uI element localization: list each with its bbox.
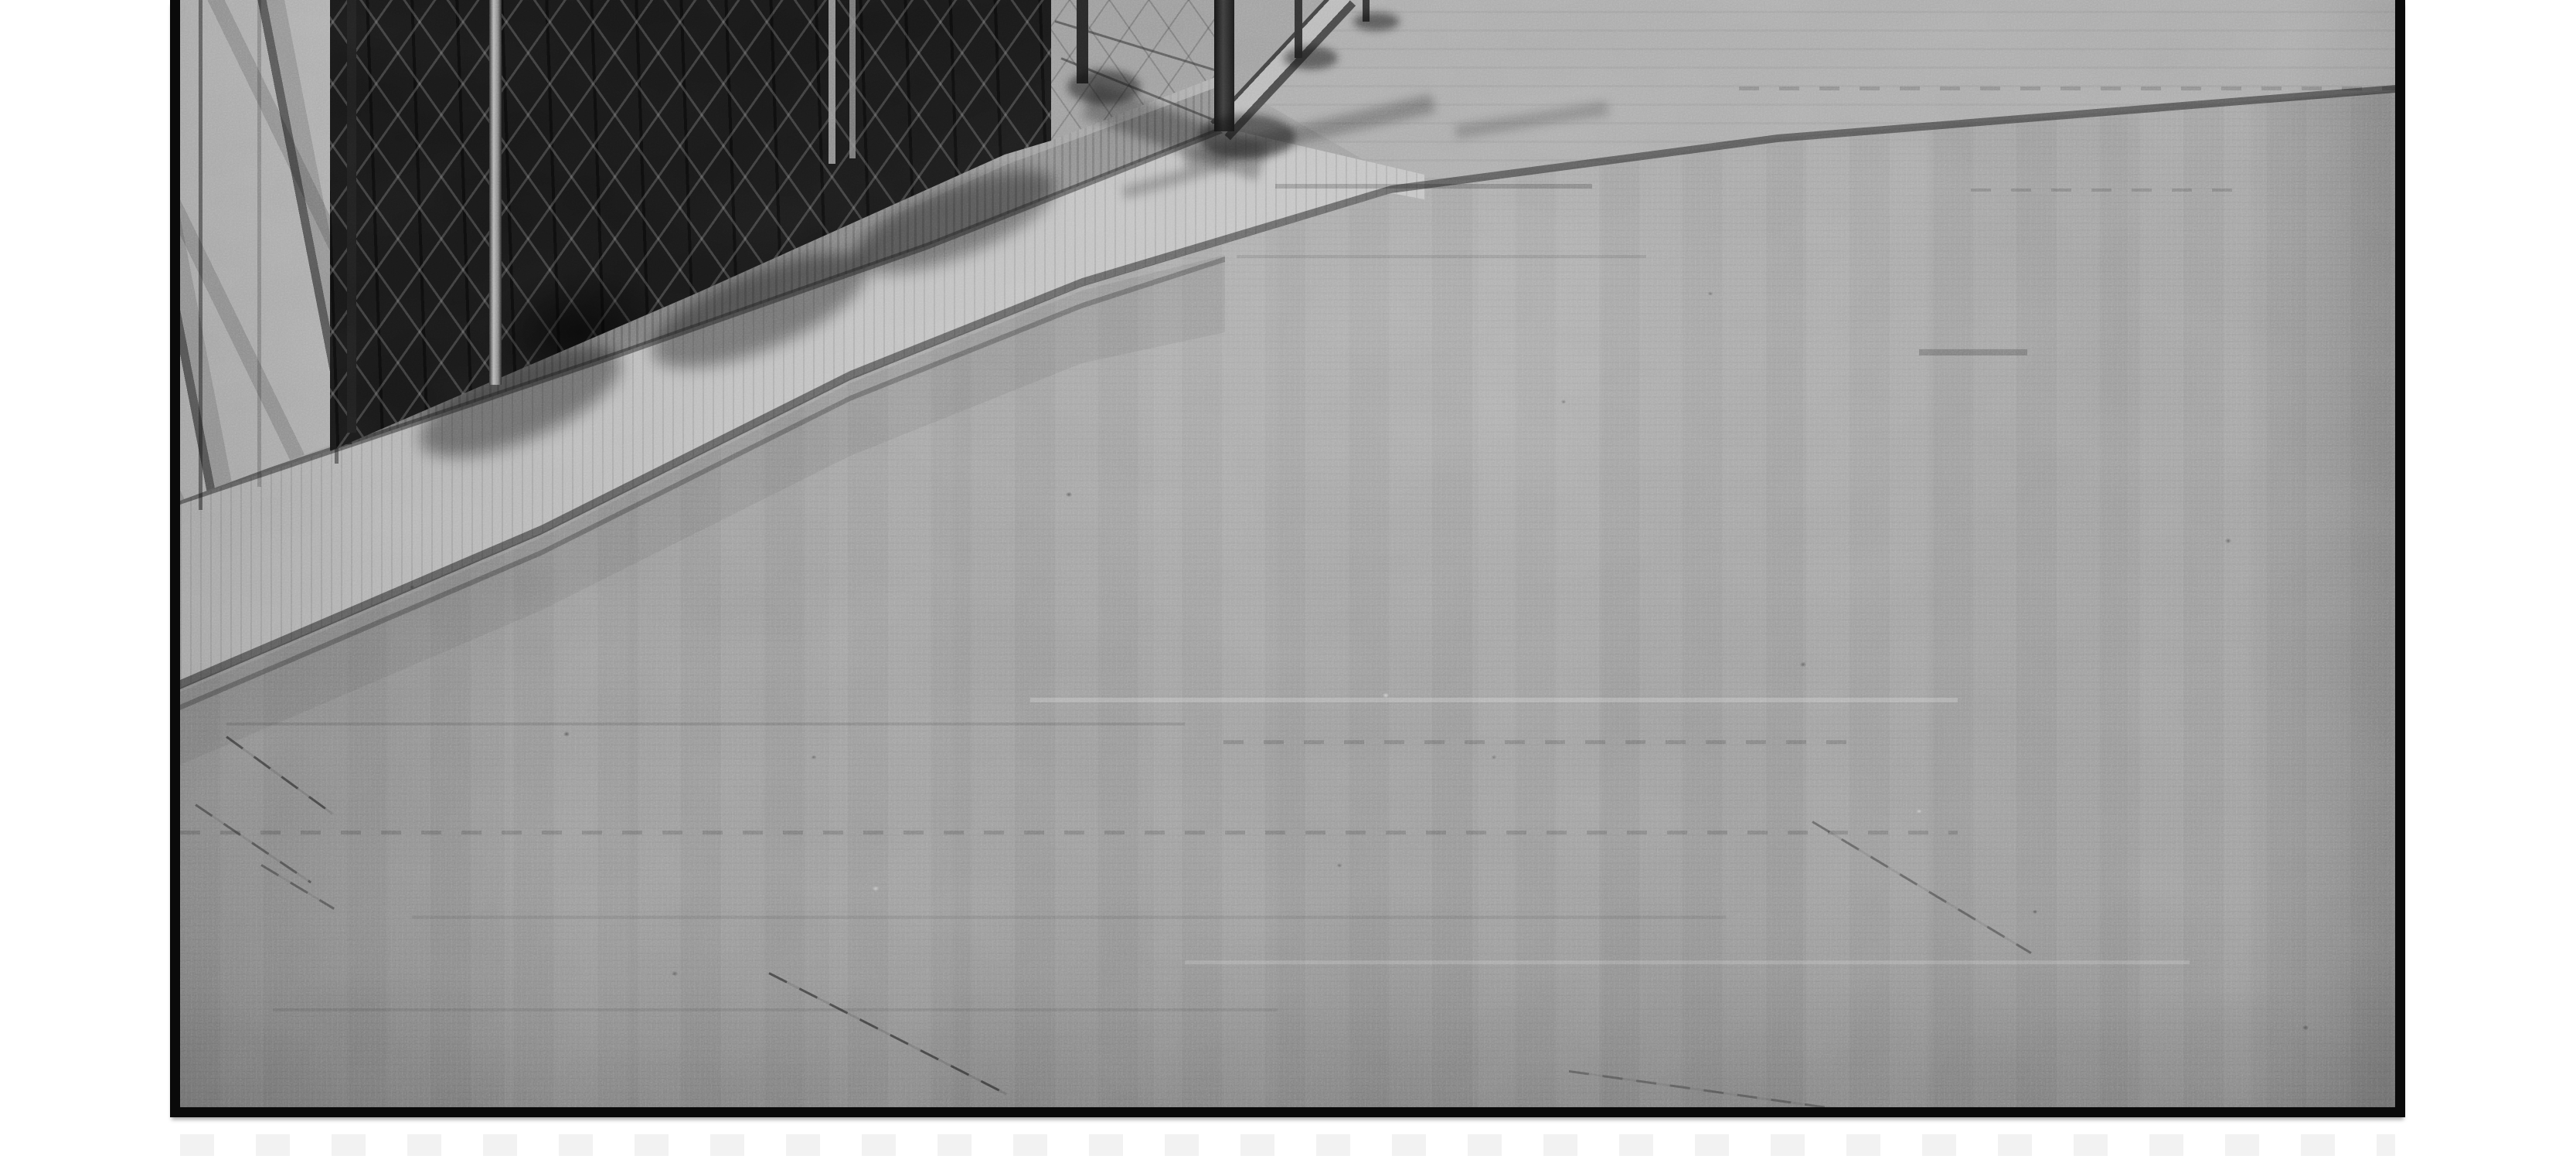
tone-vignette	[180, 0, 2395, 1107]
paper-margin-artifact	[180, 1134, 2395, 1156]
page-background: Black-and-white manga panel: an empty as…	[0, 0, 2576, 1159]
comic-panel	[170, 0, 2405, 1117]
street-scene	[180, 0, 2395, 1107]
